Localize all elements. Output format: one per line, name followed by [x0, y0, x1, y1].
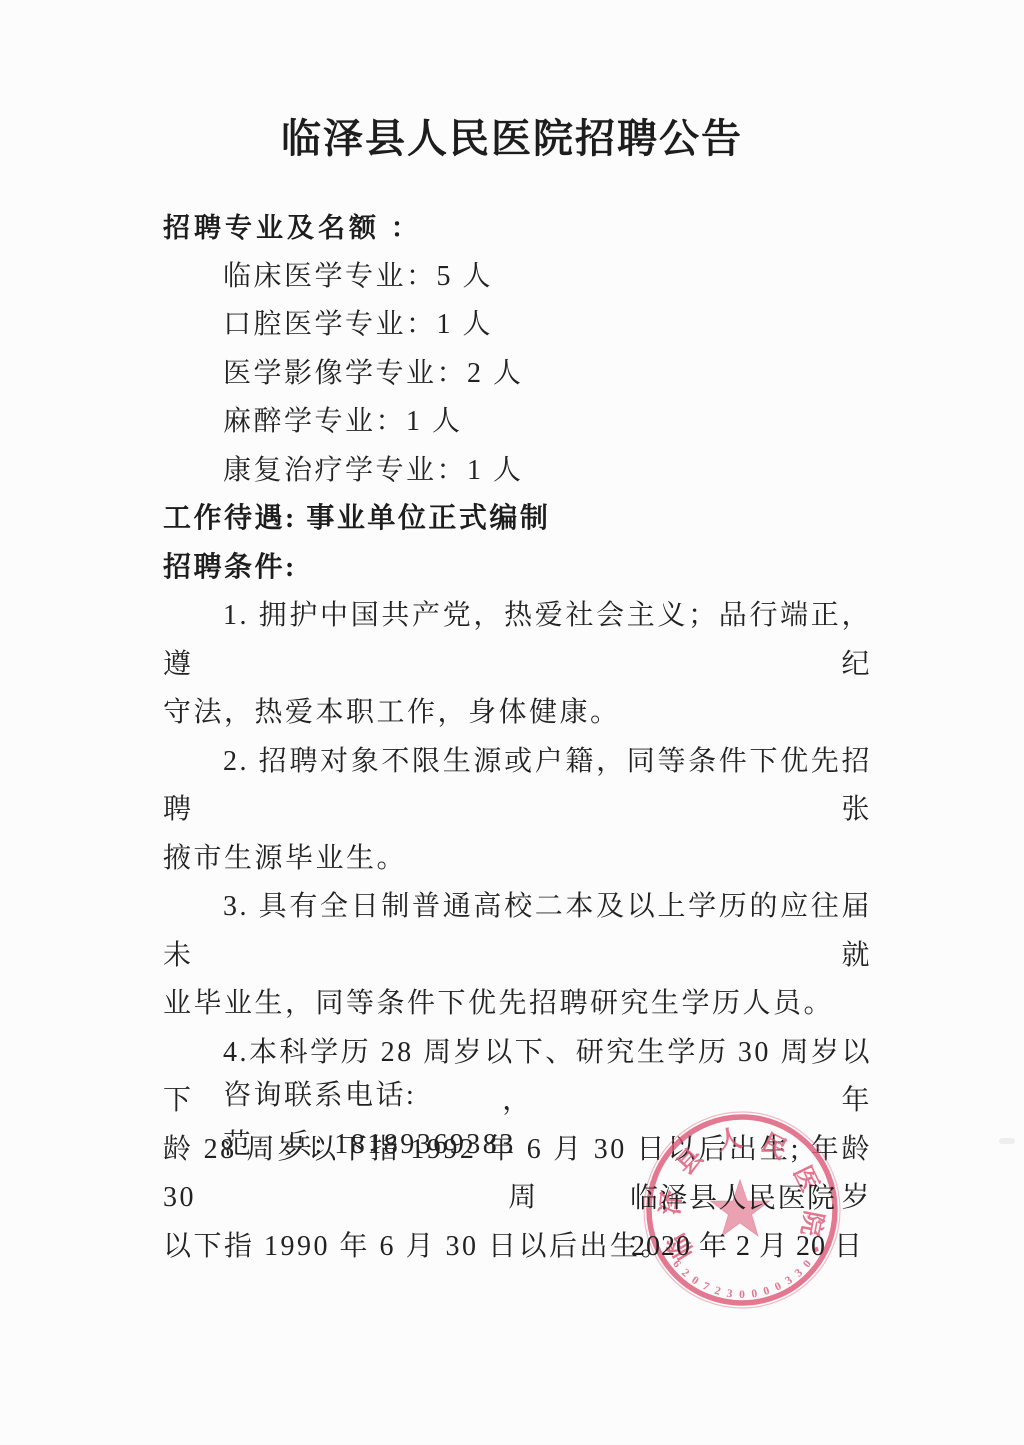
text-line: 招聘条件:	[163, 544, 872, 593]
seal-arc-char: 人	[715, 1124, 744, 1156]
page-title: 临泽县人民医院招聘公告	[0, 107, 1024, 164]
text-line: 工作待遇: 事业单位正式编制	[163, 495, 872, 544]
scanned-document-page: 临泽县人民医院招聘公告 招聘专业及名额 ：临床医学专业：5 人口腔医学专业：1 …	[0, 0, 1024, 1445]
text-line: 掖市生源毕业生。	[163, 835, 872, 884]
seal-serial-digit: 0	[739, 1289, 745, 1301]
seal-serial-digit: 3	[726, 1288, 734, 1301]
seal-serial-digit: 7	[701, 1280, 712, 1293]
scan-artifact	[999, 1138, 1015, 1144]
signature-date: 2020 年 2 月 20 日	[631, 1224, 863, 1264]
text-line: 康复治疗学专业：1 人	[163, 447, 872, 496]
text-line: 3. 具有全日制普通高校二本及以上学历的应往届未就	[163, 883, 872, 980]
seal-serial-digit: 0	[773, 1280, 784, 1293]
seal-arc-char: 县	[671, 1143, 709, 1180]
text-line: 麻醉学专业：1 人	[163, 398, 872, 447]
text-line: 2. 招聘对象不限生源或户籍，同等条件下优先招聘张	[163, 738, 872, 835]
seal-arc-char: 民	[757, 1129, 792, 1165]
text-line: 口腔医学专业：1 人	[163, 301, 872, 350]
text-line: 临床医学专业：5 人	[163, 253, 872, 302]
seal-serial-digit: 0	[751, 1288, 759, 1301]
text-line: 1. 拥护中国共产党，热爱社会主义；品行端正，遵纪	[163, 592, 872, 689]
signature-organization: 临泽县人民医院	[630, 1176, 837, 1216]
seal-serial-digit: 2	[713, 1285, 722, 1298]
text-line: 守法，热爱本职工作，身体健康。	[163, 689, 872, 738]
text-line: 医学影像学专业：2 人	[163, 350, 872, 399]
seal-serial-digit: 0	[762, 1285, 771, 1298]
text-line: 业毕业生，同等条件下优先招聘研究生学历人员。	[163, 980, 872, 1029]
text-line: 招聘专业及名额 ：	[163, 204, 872, 253]
